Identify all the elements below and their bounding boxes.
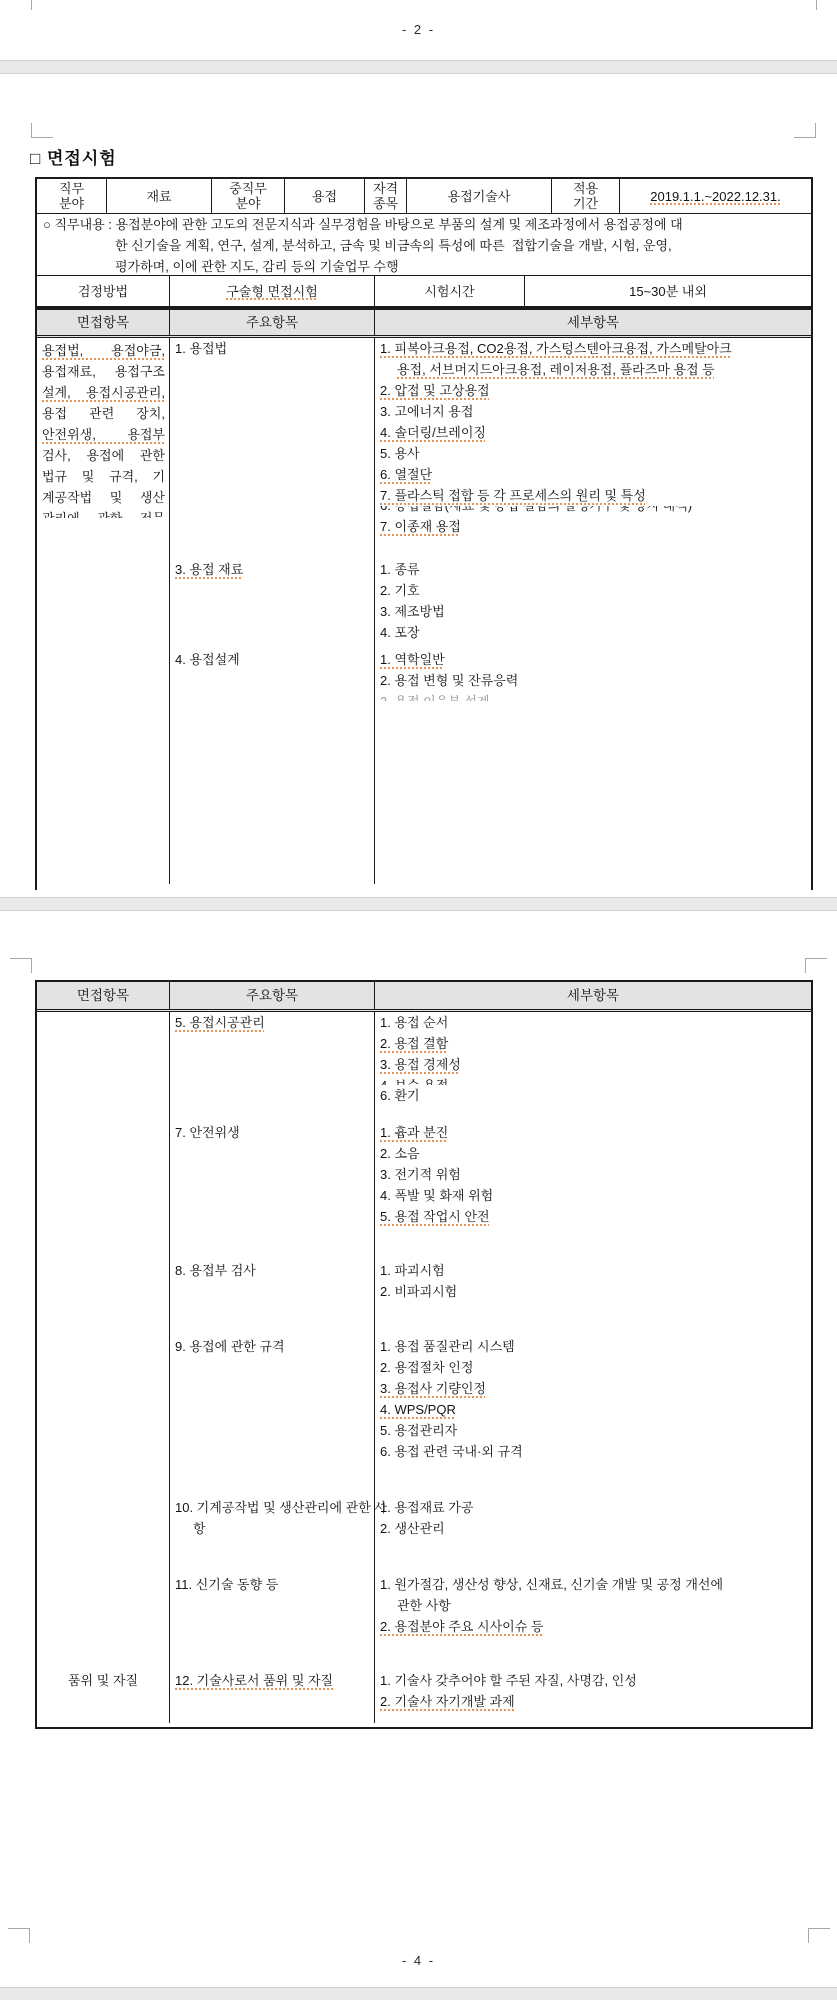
page-separator-bar [0,897,837,911]
interview-header-cell-0: 면접항목 [37,982,170,1009]
interview-header-cell-2: 세부항목 [375,982,811,1009]
job-description-line: 한 신기술을 계획, 연구, 설계, 분석하고, 금속 및 비금속의 특성에 따… [37,235,811,256]
table2-section-detail-line: 1. 원가절감, 생산성 향상, 신재료, 신기술 개발 및 공정 개선에 [380,1574,811,1595]
exam-method-cell-3-label: 15~30분 내외 [629,284,707,299]
meta-cell-6: 적용 기간 [552,179,620,213]
table1-section-detail-line: 6. 열절단 [380,464,811,485]
table2-section-side-text: 품위 및 자질 [68,1673,138,1688]
table1-section-detail-line: 1. 피복아크용접, CO2용접, 가스텅스텐아크용접, 가스메탈아크 [380,338,811,359]
table2-section-main-item: 8. 용접부 검사 [175,1260,389,1281]
interview-table-header: 면접항목주요항목세부항목 [37,982,811,1012]
meta-cell-0: 직무 분야 [37,179,107,213]
interview-category-line: 설계, 용접시공관리, [42,382,165,403]
table2-section-detail-line: 2. 용접 결함 [380,1033,811,1054]
meta-cell-5: 용접기술사 [407,179,552,213]
table1-section-detail-line-clipped: 3. 용접 이음부 설계 [380,691,811,701]
table2-section-main-item: 11. 신기술 동향 등 [175,1574,389,1595]
page-separator-bar [0,1987,837,2000]
page-corner-mark [808,1928,830,1943]
table2-section-details: 1. 파괴시험2. 비파괴시험 [380,1260,811,1302]
meta-cell-5-label: 용접기술사 [448,189,511,204]
exam-method-cell-0: 검정방법 [37,276,170,306]
table2-section-main-item: 9. 용접에 관한 규격 [175,1336,389,1357]
job-description-line: ○ 직무내용 : 용접분야에 관한 고도의 전문지식과 실무경험을 바탕으로 부… [37,214,811,235]
table2-section-main-item: 12. 기술사로서 품위 및 자질 [175,1670,389,1691]
exam-method-cell-3: 15~30분 내외 [525,276,811,306]
interview-table-body: 용접법, 용접야금,용접재료, 용접구조설계, 용접시공관리,용접 관련 장치,… [37,338,811,884]
page-corner-mark [794,123,816,138]
table1-section-detail-line: 3. 고에너지 용접 [380,401,811,422]
document-page: - 2 - □ 면접시험 직무 분야재료중직무 분야용접자격 종목용접기술사적용… [0,0,837,2000]
table2-section-detail-line: 2. 용접분야 주요 시사이슈 등 [380,1616,811,1637]
table2-section-detail-line-clipped: 4. 보수 용접 [380,1075,811,1085]
table2-section-detail-line: 4. 폭발 및 화재 위험 [380,1185,811,1206]
interview-header-cell-1-label: 주요항목 [246,988,298,1003]
table2-section-detail-line: 1. 용접재료 가공 [380,1497,811,1518]
table2-section-details: 1. 용접재료 가공2. 생산관리 [380,1497,811,1539]
table1-section-detail-line: 4. 포장 [380,622,811,643]
meta-cell-7: 2019.1.1.~2022.12.31. [620,179,811,213]
table1-section-detail-line: 2. 압접 및 고상용접 [380,380,811,401]
interview-category-line: 안전위생, 용접부 [42,424,165,445]
interview-header-cell-0-label: 면접항목 [77,988,129,1003]
column-divider [169,1012,170,1723]
interview-category-line: 계공작법 및 생산 [42,487,165,508]
table2-section-details: 1. 용접 순서2. 용접 결함3. 용접 경제성4. 보수 용접6. 환기 [380,1012,811,1106]
table2-section-detail-line: 4. WPS/PQR [380,1399,811,1420]
meta-cell-2: 중직무 분야 [212,179,285,213]
table2-section-detail-line: 3. 전기적 위험 [380,1164,811,1185]
table2-section-detail-line: 2. 소음 [380,1143,811,1164]
interview-category-line: 관리에 관한 전문 [42,508,165,518]
table2-section-detail-line: 5. 용접관리자 [380,1420,811,1441]
interview-category-line: 용접재료, 용접구조 [42,361,165,382]
table2-section-detail-line: 1. 파괴시험 [380,1260,811,1281]
interview-header-cell-2: 세부항목 [375,310,811,335]
table1-section-details: 1. 역학일반2. 용접 변형 및 잔류응력3. 용접 이음부 설계 [380,649,811,701]
table2-section-details: 1. 흄과 분진2. 소음3. 전기적 위험4. 폭발 및 화재 위험5. 용접… [380,1122,811,1227]
exam-method-row: 검정방법구술형 면접시험시험시간15~30분 내외 [37,276,811,306]
page-number-top: - 2 - [0,22,837,37]
table2-section-detail-line: 2. 용접절차 인정 [380,1357,811,1378]
table2-section-detail-line: 6. 용접 관련 국내·외 규격 [380,1441,811,1462]
interview-table-body: 5. 용접시공관리1. 용접 순서2. 용접 결함3. 용접 경제성4. 보수 … [37,1012,811,1723]
table1-section-details: 1. 종류2. 기호3. 제조방법4. 포장 [380,559,811,643]
exam-method-cell-1-label: 구술형 면접시험 [226,284,318,299]
table2-section-detail-line: 2. 기술사 자기개발 과제 [380,1691,811,1712]
table1-section-detail-line: 6. 용접결함(재료 및 용접 결함의 발생기구 및 방지 대책) [380,506,811,516]
meta-cell-3-label: 용접 [312,189,337,204]
meta-cell-6-label: 적용 기간 [573,181,598,211]
page-boundary-tick-left [31,0,32,10]
meta-header-row: 직무 분야재료중직무 분야용접자격 종목용접기술사적용 기간2019.1.1.~… [37,179,811,214]
interview-header-cell-1-label: 주요항목 [246,315,298,330]
table2-section-detail-line: 5. 용접 작업시 안전 [380,1206,811,1227]
table1-section-detail-line: 4. 솔더링/브레이징 [380,422,811,443]
column-divider [374,1012,375,1723]
table2-section-main-item: 10. 기계공작법 및 생산관리에 관한 사항 [175,1497,389,1539]
interview-items-table-page2: 면접항목주요항목세부항목 용접법, 용접야금,용접재료, 용접구조설계, 용접시… [35,308,813,890]
interview-header-cell-1: 주요항목 [170,982,375,1009]
qualification-info-table: 직무 분야재료중직무 분야용접자격 종목용접기술사적용 기간2019.1.1.~… [35,177,813,308]
interview-table-header: 면접항목주요항목세부항목 [37,310,811,338]
meta-cell-4-label: 자격 종목 [373,181,398,211]
section-heading: □ 면접시험 [30,144,117,169]
column-divider [169,338,170,884]
exam-method-cell-2-label: 시험시간 [424,284,474,299]
table1-section-detail-line: 1. 역학일반 [380,649,811,670]
table2-section-detail-line: 1. 기술사 갖추어야 할 주된 자질, 사명감, 인성 [380,1670,811,1691]
meta-cell-7-label: 2019.1.1.~2022.12.31. [650,189,780,204]
job-description-line: 평가하며, 이에 관한 지도, 감리 등의 기술업무 수행 [37,256,811,277]
table2-section-details: 1. 원가절감, 생산성 향상, 신재료, 신기술 개발 및 공정 개선에관한 … [380,1574,811,1637]
table1-section-detail-line: 2. 기호 [380,580,811,601]
table2-section-detail-line: 관한 사항 [380,1595,811,1616]
page-number-bottom: - 4 - [0,1953,837,1968]
interview-category-line: 용접 관련 장치, [42,403,165,424]
interview-category-line: 검사, 용접에 관한 [42,445,165,466]
exam-method-cell-1: 구술형 면접시험 [170,276,375,306]
table2-section-detail-line: 4. 보수 용접 [380,1075,811,1085]
table2-section-details: 1. 기술사 갖추어야 할 주된 자질, 사명감, 인성2. 기술사 자기개발 … [380,1670,811,1712]
table1-section-detail-line-clipped: 6. 용접결함(재료 및 용접 결함의 발생기구 및 방지 대책) [380,506,811,516]
table1-section-detail-line: 5. 용사 [380,443,811,464]
interview-header-cell-0: 면접항목 [37,310,170,335]
meta-cell-2-label: 중직무 분야 [229,181,267,211]
table1-section-detail-line: 7. 플라스틱 접합 등 각 프로세스의 원리 및 특성 [380,485,811,506]
meta-cell-3: 용접 [285,179,365,213]
interview-category-line: 용접법, 용접야금, [42,340,165,361]
column-divider [374,338,375,884]
table2-section-detail-line: 2. 생산관리 [380,1518,811,1539]
page-separator-bar [0,60,837,74]
page-corner-mark [31,123,53,138]
page-corner-mark [805,958,827,973]
table2-section-main-item: 5. 용접시공관리 [175,1012,389,1033]
table1-section-main-item: 4. 용접설계 [175,649,389,670]
exam-method-cell-0-label: 검정방법 [78,284,128,299]
interview-items-table-page4: 면접항목주요항목세부항목 5. 용접시공관리1. 용접 순서2. 용접 결함3.… [35,980,813,1729]
interview-header-cell-0-label: 면접항목 [77,315,129,330]
interview-category-column: 용접법, 용접야금,용접재료, 용접구조설계, 용접시공관리,용접 관련 장치,… [37,338,169,518]
table1-section-detail-line: 3. 제조방법 [380,601,811,622]
table1-section-details: 1. 피복아크용접, CO2용접, 가스텅스텐아크용접, 가스메탈아크용접, 서… [380,338,811,537]
table2-section-detail-line: 1. 용접 품질관리 시스템 [380,1336,811,1357]
table2-section-detail-line: 6. 환기 [380,1085,811,1106]
table2-section-detail-line: 3. 용접사 기량인정 [380,1378,811,1399]
interview-header-cell-1: 주요항목 [170,310,375,335]
table2-section-details: 1. 용접 품질관리 시스템2. 용접절차 인정3. 용접사 기량인정4. WP… [380,1336,811,1462]
table1-section-detail-line: 1. 종류 [380,559,811,580]
meta-cell-1-label: 재료 [146,189,171,204]
page-corner-mark [10,958,32,973]
table2-section-detail-line: 3. 용접 경제성 [380,1054,811,1075]
interview-header-cell-2-label: 세부항목 [567,988,619,1003]
page-boundary-tick-right [816,0,817,10]
meta-cell-0-label: 직무 분야 [59,181,84,211]
table1-section-main-item: 1. 용접법 [175,338,389,359]
table2-section-detail-line: 1. 흄과 분진 [380,1122,811,1143]
table1-section-detail-line: 3. 용접 이음부 설계 [380,691,811,701]
page-corner-mark [8,1928,30,1943]
interview-header-cell-2-label: 세부항목 [567,315,619,330]
meta-cell-1: 재료 [107,179,212,213]
table2-section-main-item: 7. 안전위생 [175,1122,389,1143]
meta-cell-4: 자격 종목 [365,179,407,213]
table2-section-detail-line: 1. 용접 순서 [380,1012,811,1033]
job-description-cell: ○ 직무내용 : 용접분야에 관한 고도의 전문지식과 실무경험을 바탕으로 부… [37,214,811,276]
interview-category-line-clipped: 관리에 관한 전문 [42,508,165,518]
table2-section-side-label: 품위 및 자질 [37,1670,169,1691]
interview-category-line: 법규 및 규격, 기 [42,466,165,487]
table1-section-main-item: 3. 용접 재료 [175,559,389,580]
table1-section-detail-line: 2. 용접 변형 및 잔류응력 [380,670,811,691]
table2-section-detail-line: 2. 비파괴시험 [380,1281,811,1302]
table1-section-detail-line: 7. 이종재 용접 [380,516,811,537]
exam-method-cell-2: 시험시간 [375,276,525,306]
table1-section-detail-line: 용접, 서브머지드아크용접, 레이저용접, 플라즈마 용접 등 [380,359,811,380]
